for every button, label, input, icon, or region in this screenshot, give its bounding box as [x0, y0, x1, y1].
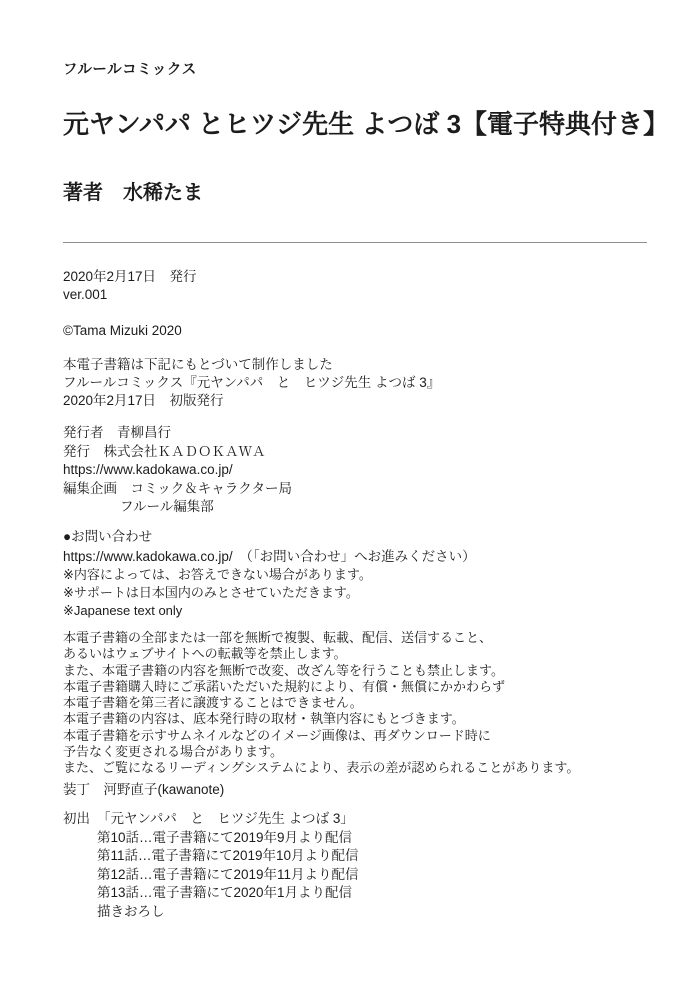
first-publication-entry: 第13話…電子書籍にて2020年1月より配信 — [97, 884, 359, 903]
source-title-line: フルールコミックス『元ヤンパパ と ヒツジ先生 よつば 3』 — [63, 374, 440, 392]
imprint-label: フルールコミックス — [63, 58, 197, 79]
legal-line: また、本電子書籍の内容を無断で改変、改ざん等を行うことも禁止します。 — [63, 663, 579, 679]
first-publication-series-title: 「元ヤンパパ と ヒツジ先生 よつば 3」 — [97, 810, 359, 829]
contact-block: ●お問い合わせ https://www.kadokawa.co.jp/ （「お問… — [63, 527, 476, 620]
copyright-line: ©Tama Mizuki 2020 — [63, 322, 182, 340]
legal-block: 本電子書籍の全部または一部を無断で複製、転載、配信、送信すること、 あるいはウェ… — [63, 630, 579, 777]
first-publication-content: 「元ヤンパパ と ヒツジ先生 よつば 3」 第10話…電子書籍にて2019年9月… — [97, 810, 359, 922]
first-publication-entry: 第10話…電子書籍にて2019年9月より配信 — [97, 829, 359, 848]
colophon-page: フルールコミックス 元ヤンパパ とヒツジ先生 よつば 3【電子特典付き】 著者 … — [0, 0, 700, 996]
editorial-department-line: フルール編集部 — [63, 498, 292, 517]
source-block: 本電子書籍は下記にもとづいて制作しました フルールコミックス『元ヤンパパ と ヒ… — [63, 356, 440, 410]
editorial-division-line: 編集企画 コミック＆キャラクター局 — [63, 480, 292, 499]
first-publication-entry: 第12話…電子書籍にて2019年11月より配信 — [97, 866, 359, 885]
first-publication-entry: 第11話…電子書籍にて2019年10月より配信 — [97, 847, 359, 866]
publisher-block: 発行者 青柳昌行 発行 株式会社ＫＡＤＯＫＡＷＡ https://www.kad… — [63, 424, 292, 517]
contact-note: ※サポートは日本国内のみとさせていただきます。 — [63, 584, 476, 602]
legal-line: あるいはウェブサイトへの転載等を禁止します。 — [63, 646, 579, 662]
source-date-line: 2020年2月17日 初版発行 — [63, 392, 440, 410]
issue-date-line: 2020年2月17日 発行 — [63, 268, 197, 286]
publisher-person-line: 発行者 青柳昌行 — [63, 424, 292, 443]
contact-note: ※内容によっては、お答えできない場合があります。 — [63, 566, 476, 584]
edition-block: 2020年2月17日 発行 ver.001 — [63, 268, 197, 304]
publisher-url: https://www.kadokawa.co.jp/ — [63, 461, 292, 480]
publisher-company-line: 発行 株式会社ＫＡＤＯＫＡＷＡ — [63, 443, 292, 462]
contact-url: https://www.kadokawa.co.jp/ （「お問い合わせ」へお進… — [63, 547, 476, 566]
first-publication-entry: 描きおろし — [97, 903, 359, 922]
legal-line: 本電子書籍を第三者に譲渡することはできません。 — [63, 695, 579, 711]
contact-heading: ●お問い合わせ — [63, 527, 476, 547]
author-line: 著者 水稀たま — [63, 176, 203, 205]
first-publication-row: 初出 「元ヤンパパ と ヒツジ先生 よつば 3」 第10話…電子書籍にて2019… — [63, 810, 359, 922]
contact-note: ※Japanese text only — [63, 602, 476, 620]
divider — [63, 242, 647, 243]
book-title: 元ヤンパパ とヒツジ先生 よつば 3【電子特典付き】 — [63, 104, 669, 141]
first-publication-block: 初出 「元ヤンパパ と ヒツジ先生 よつば 3」 第10話…電子書籍にて2019… — [63, 810, 359, 922]
legal-line: 本電子書籍を示すサムネイルなどのイメージ画像は、再ダウンロード時に — [63, 728, 579, 744]
legal-line: 本電子書籍購入時にご承諾いただいた規約により、有償・無償にかかわらず — [63, 679, 579, 695]
source-note-line: 本電子書籍は下記にもとづいて制作しました — [63, 356, 440, 374]
legal-line: 本電子書籍の内容は、底本発行時の取材・執筆内容にもとづきます。 — [63, 711, 579, 727]
version-line: ver.001 — [63, 286, 197, 304]
legal-line: また、ご覧になるリーディングシステムにより、表示の差が認められることがあります。 — [63, 760, 579, 776]
legal-line: 本電子書籍の全部または一部を無断で複製、転載、配信、送信すること、 — [63, 630, 579, 646]
book-design-line: 装丁 河野直子(kawanote) — [63, 781, 224, 799]
legal-line: 予告なく変更される場合があります。 — [63, 744, 579, 760]
first-publication-label: 初出 — [63, 810, 97, 922]
